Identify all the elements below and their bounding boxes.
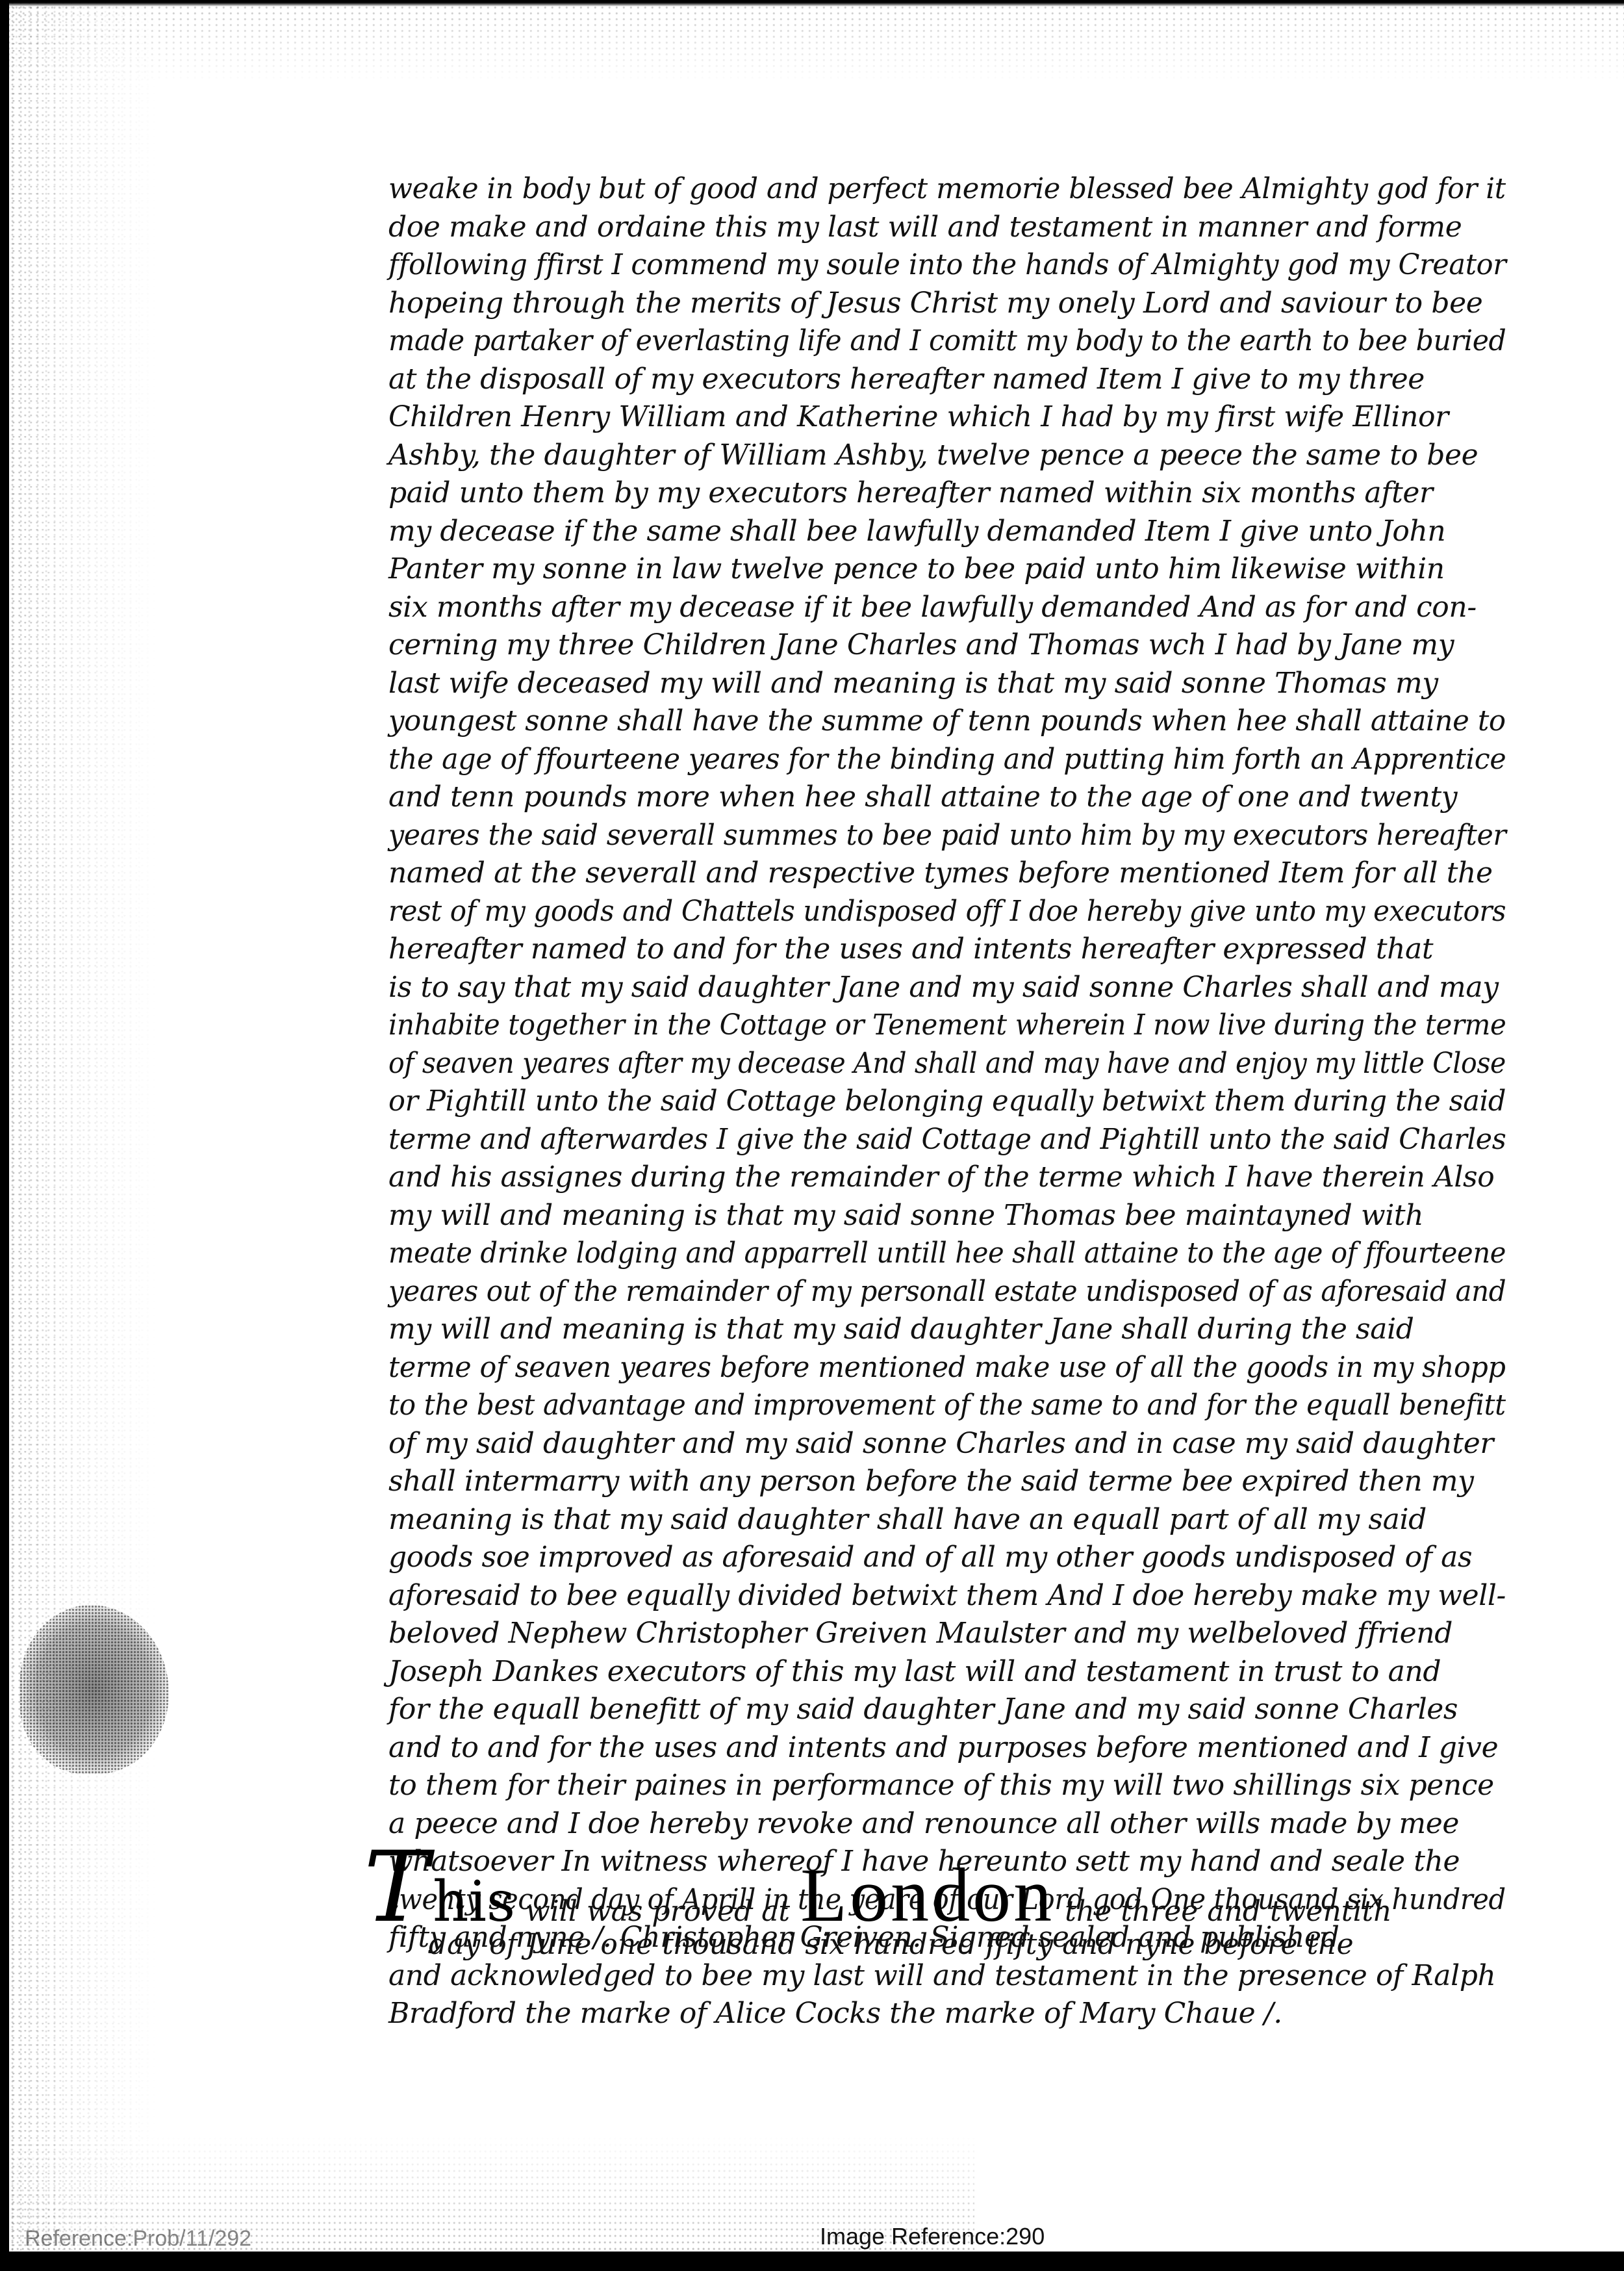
manuscript-line: my will and meaning is that my said sonn… [388,1197,1506,1235]
manuscript-line: ffollowing ffirst I commend my soule int… [388,246,1483,285]
manuscript-line: doe make and ordaine this my last will a… [388,209,1506,247]
manuscript-line: terme and afterwardes I give the said Co… [388,1121,1479,1159]
scan-border-bottom [0,2252,1624,2271]
manuscript-line: Children Henry William and Katherine whi… [388,398,1506,437]
manuscript-line: meate drinke lodging and apparrell until… [388,1235,1447,1273]
manuscript-line: Ashby, the daughter of William Ashby, tw… [388,437,1506,475]
manuscript-line: or Pightill unto the said Cottage belong… [388,1083,1482,1121]
probate-line-1: T his will was proved at London the thre… [364,1839,1507,1940]
manuscript-line: goods soe improved as aforesaid and of a… [388,1539,1506,1577]
manuscript-line: last wife deceased my will and meaning i… [388,665,1506,703]
manuscript-line: for the equall benefitt of my said daugh… [388,1691,1506,1729]
manuscript-line: yeares the said severall summes to bee p… [388,817,1474,855]
manuscript-line: youngest sonne shall have the summe of t… [388,702,1492,741]
manuscript-line: and his assignes during the remainder of… [388,1159,1506,1197]
manuscript-line: at the disposall of my executors hereaft… [388,361,1506,399]
manuscript-line: six months after my decease if it bee la… [388,589,1506,627]
manuscript-line: shall intermarry with any person before … [388,1463,1506,1501]
manuscript-line: paid unto them by my executors hereafter… [388,474,1506,513]
manuscript-line: Panter my sonne in law twelve pence to b… [388,550,1506,589]
manuscript-line: meaning is that my said daughter shall h… [388,1501,1506,1539]
manuscript-line: made partaker of everlasting life and I … [388,322,1470,361]
manuscript-line: cerning my three Children Jane Charles a… [388,626,1506,665]
manuscript-line: to the best advantage and improvement of… [388,1387,1462,1425]
manuscript-line: is to say that my said daughter Jane and… [388,969,1506,1007]
manuscript-line: yeares out of the remainder of my person… [388,1273,1454,1311]
manuscript-line: named at the severall and respective tym… [388,854,1506,893]
manuscript-line: hopeing through the merits of Jesus Chri… [388,285,1506,323]
image-reference-label: Image Reference:290 [820,2223,1045,2250]
manuscript-line: beloved Nephew Christopher Greiven Mauls… [388,1615,1506,1653]
manuscript-line: and to and for the uses and intents and … [388,1729,1506,1767]
drop-cap-letter: T [364,1839,429,1936]
manuscript-line: rest of my goods and Chattels undisposed… [388,893,1454,931]
manuscript-line: hereafter named to and for the uses and … [388,930,1506,969]
probate-text-before-place: will was proved at [526,1895,790,1928]
manuscript-line: a peece and I doe hereby revoke and reno… [388,1805,1506,1843]
manuscript-line: terme of seaven yeares before mentioned … [388,1349,1478,1387]
archive-reference-label: Reference:Prob/11/292 [25,2226,251,2252]
manuscript-line: Bradford the marke of Alice Cocks the ma… [388,1995,1506,2033]
scan-noise-left [6,0,156,2271]
manuscript-line: of seaven yeares after my decease And sh… [388,1045,1430,1083]
manuscript-line: aforesaid to bee equally divided betwixt… [388,1577,1504,1615]
manuscript-line: weake in body but of good and perfect me… [388,170,1486,209]
probate-place: London [800,1851,1054,1940]
manuscript-line: the age of ffourteene yeares for the bin… [388,741,1475,779]
manuscript-line: of my said daughter and my said sonne Ch… [388,1425,1506,1463]
scanned-document-page: weake in body but of good and perfect me… [0,0,1624,2271]
manuscript-line: and acknowledged to bee my last will and… [388,1957,1506,1995]
probate-text-after-place: the three and twentith [1065,1895,1391,1928]
manuscript-line: and tenn pounds more when hee shall atta… [388,778,1506,817]
manuscript-line: my decease if the same shall bee lawfull… [388,513,1506,551]
manuscript-line: my will and meaning is that my said daug… [388,1311,1506,1349]
manuscript-line: to them for their paines in performance … [388,1767,1506,1805]
manuscript-line: inhabite together in the Cottage or Tene… [388,1007,1453,1045]
probate-line-2: day of June one thousand six hundred ffi… [429,1928,1507,1961]
probate-his: his [433,1869,515,1934]
probate-clause: T his will was proved at London the thre… [364,1839,1507,1961]
manuscript-line: Joseph Dankes executors of this my last … [388,1653,1506,1691]
will-body-text: weake in body but of good and perfect me… [388,170,1506,2033]
scan-noise-top [0,5,1624,83]
